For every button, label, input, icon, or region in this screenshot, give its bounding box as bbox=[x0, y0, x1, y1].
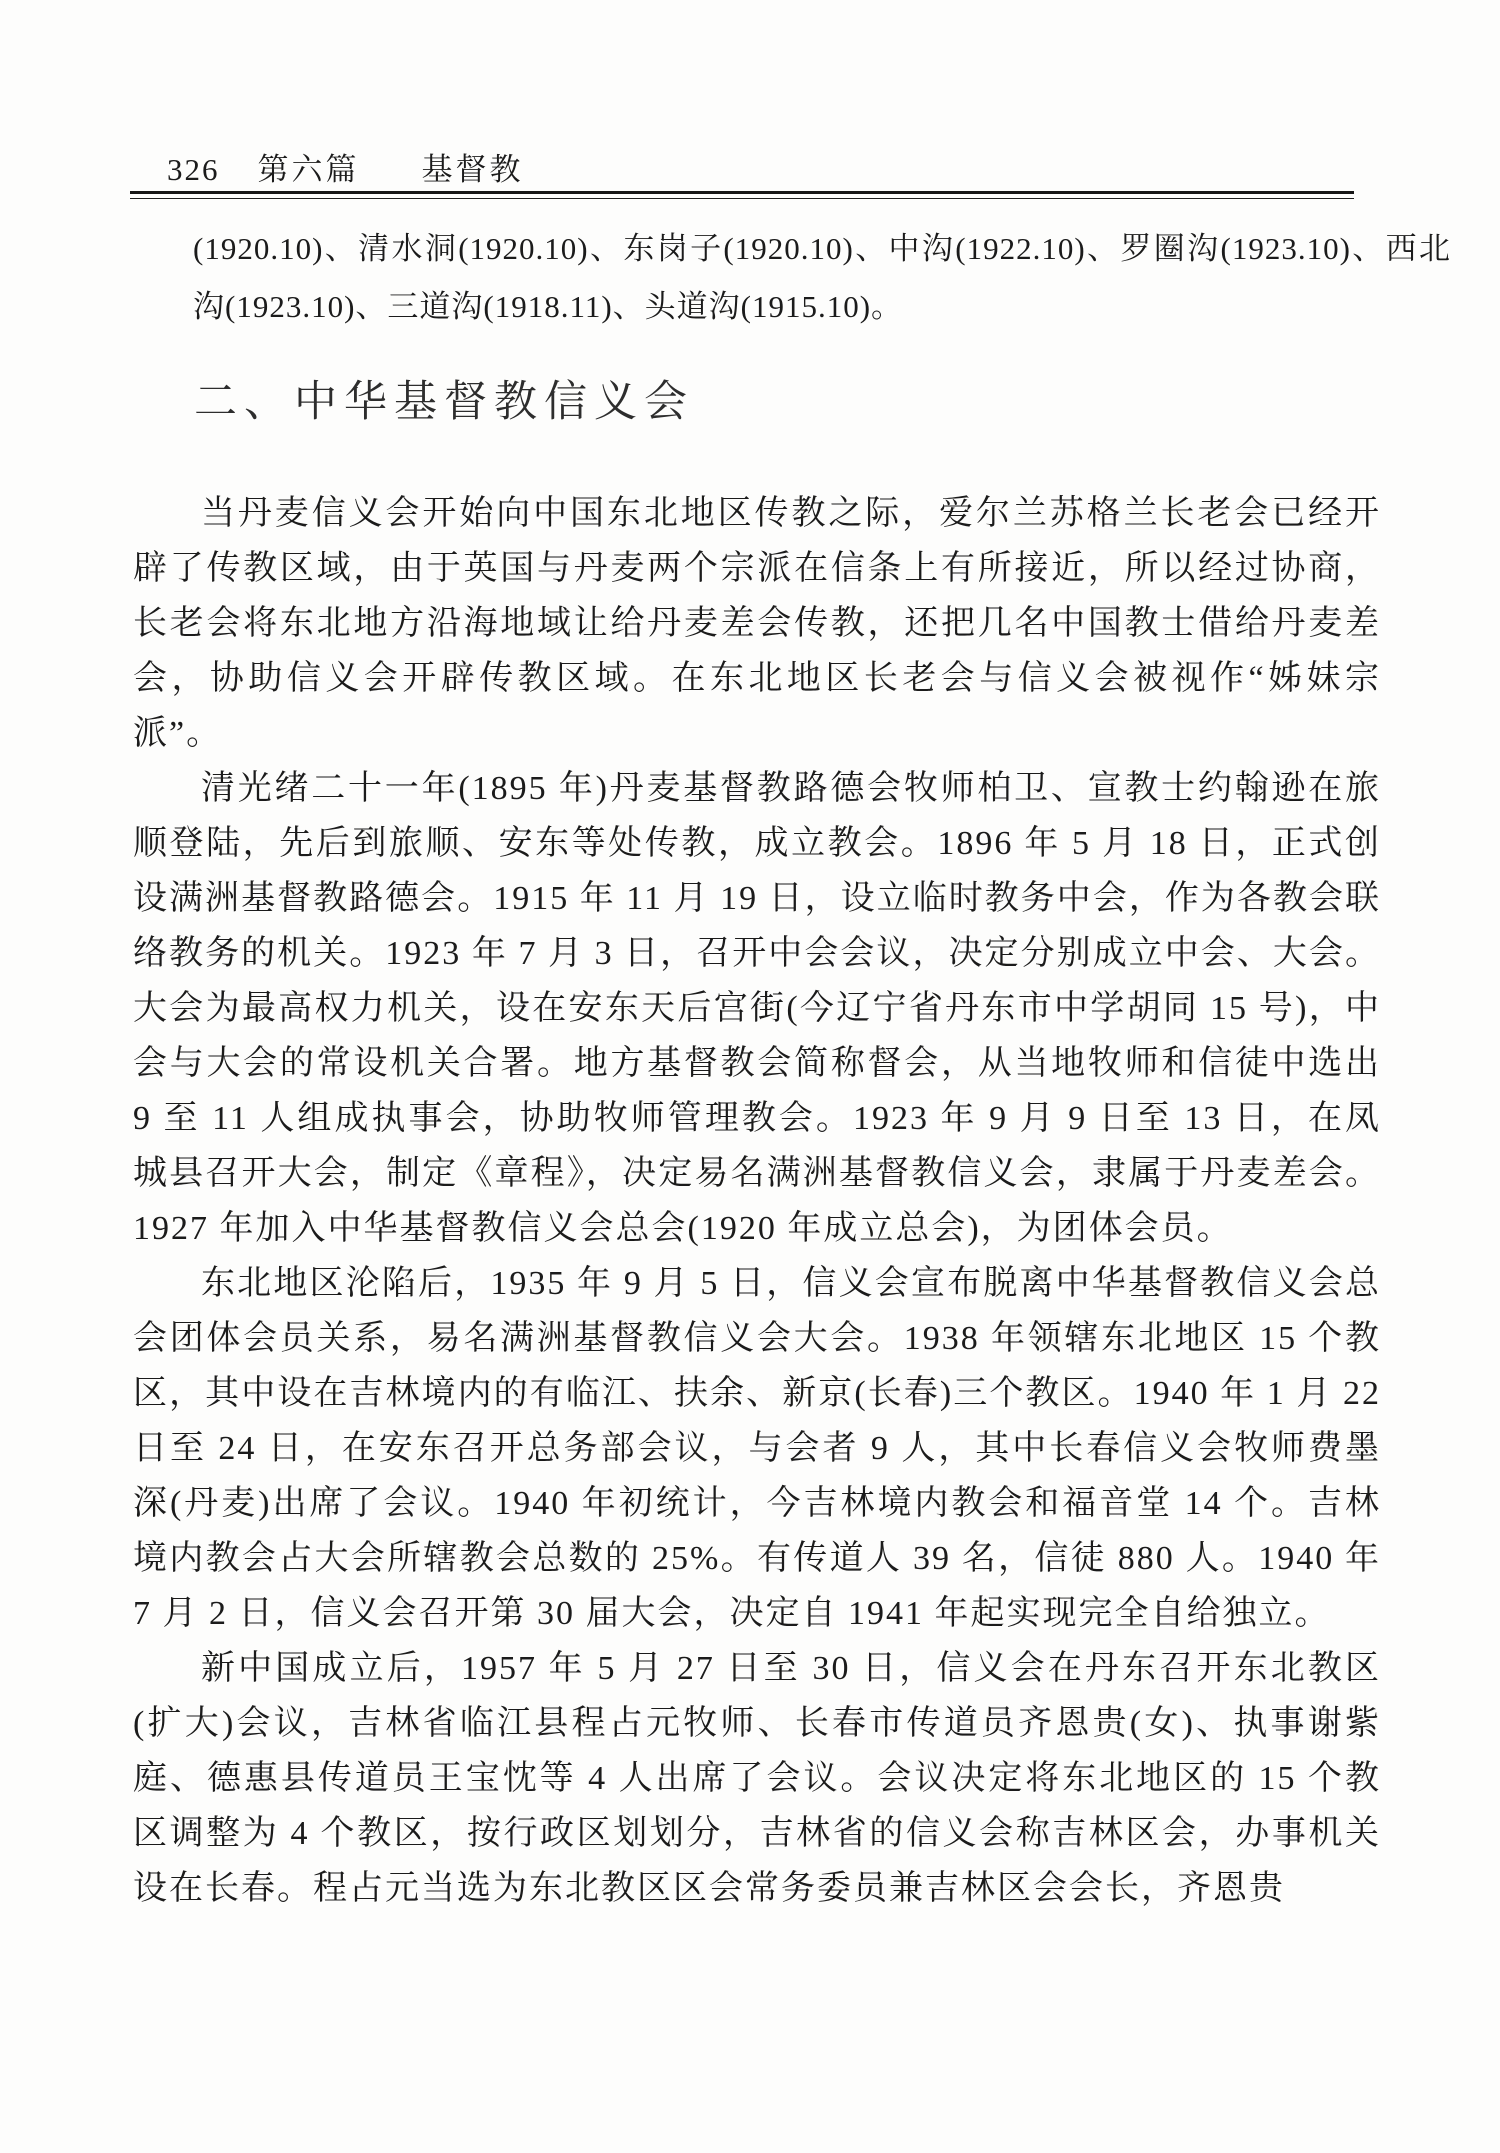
section-heading: 二、中华基督教信义会 bbox=[194, 368, 694, 429]
body-paragraph: 当丹麦信义会开始向中国东北地区传教之际，爱尔兰苏格兰长老会已经开辟了传教区域，由… bbox=[133, 486, 1381, 761]
body-paragraph: 清光绪二十一年(1895 年)丹麦基督教路德会牧师柏卫、宣教士约翰逊在旅顺登陆，… bbox=[133, 761, 1381, 1256]
part-title: 基督教 bbox=[422, 144, 524, 189]
body-text: 当丹麦信义会开始向中国东北地区传教之际，爱尔兰苏格兰长老会已经开辟了传教区域，由… bbox=[133, 486, 1381, 1916]
header-rule bbox=[130, 191, 1354, 199]
part-label: 第六篇 bbox=[258, 144, 360, 189]
continuation-paragraph: (1920.10)、清水洞(1920.10)、东岗子(1920.10)、中沟(1… bbox=[193, 220, 1451, 336]
running-header: 326 第六篇 基督教 bbox=[167, 144, 524, 189]
body-paragraph: 东北地区沦陷后，1935 年 9 月 5 日，信义会宣布脱离中华基督教信义会总会… bbox=[133, 1256, 1381, 1641]
book-page: 326 第六篇 基督教 (1920.10)、清水洞(1920.10)、东岗子(1… bbox=[0, 0, 1500, 2153]
page-number: 326 bbox=[167, 152, 220, 188]
body-paragraph: 新中国成立后，1957 年 5 月 27 日至 30 日，信义会在丹东召开东北教… bbox=[133, 1641, 1381, 1916]
